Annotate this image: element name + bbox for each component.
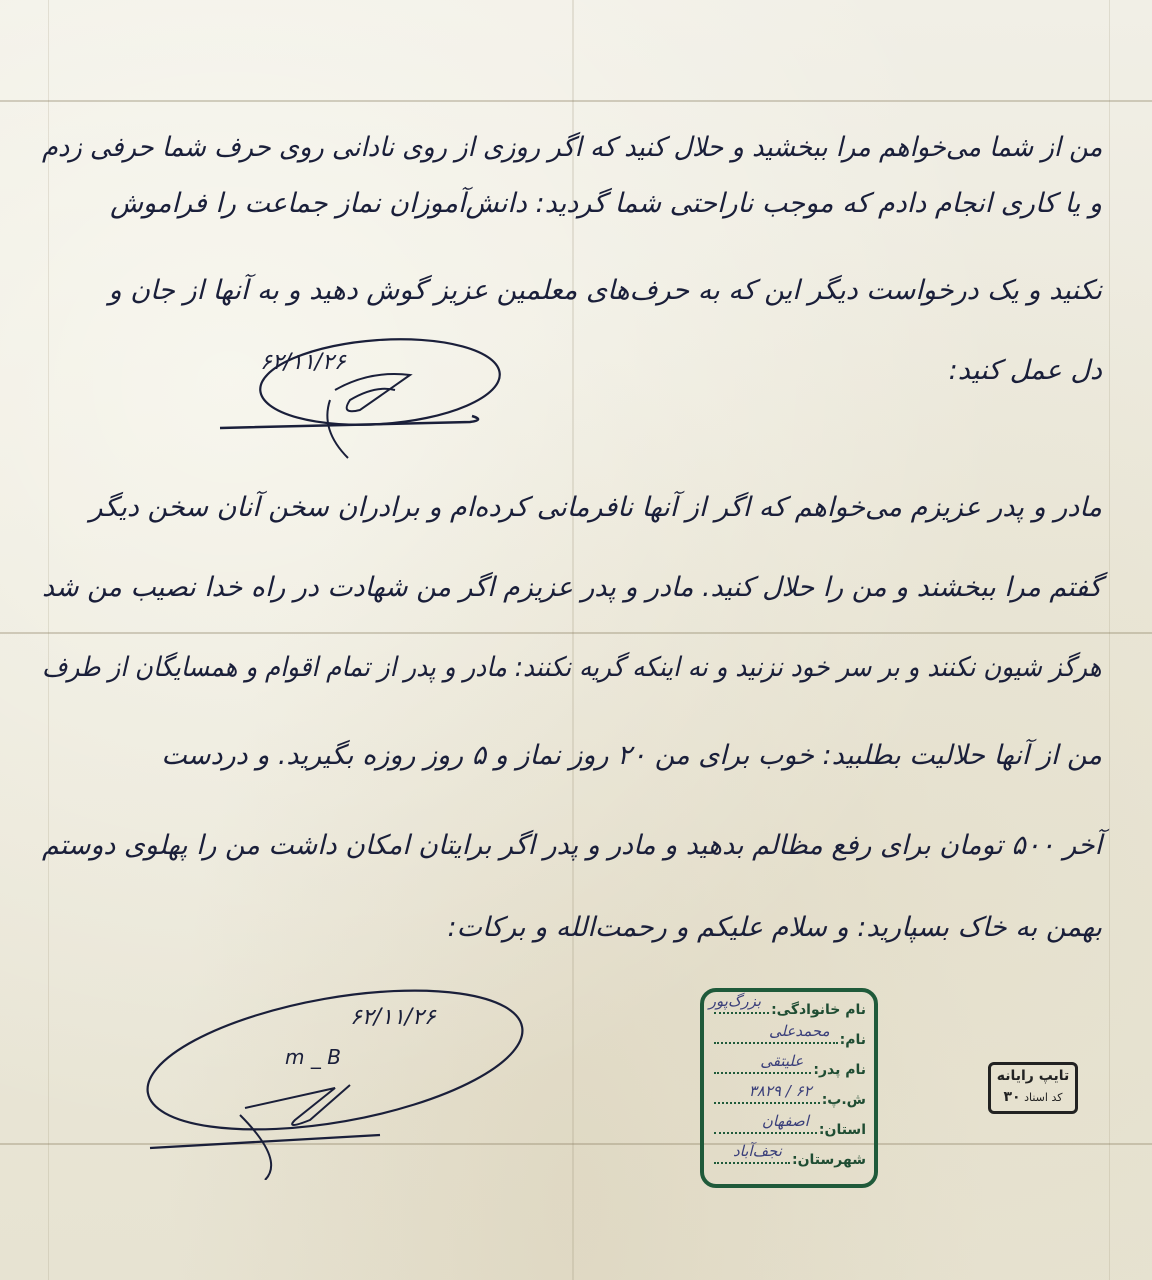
letter-line: آخر ۵۰۰ تومان برای رفع مظالم بدهید و ماد…	[42, 830, 1102, 861]
signature-date: ۶۲/۱۱/۲۶	[260, 350, 346, 375]
letter-line: و یا کاری انجام دادم که موجب ناراحتی شما…	[110, 188, 1102, 219]
signature-date: ۶۲/۱۱/۲۶	[350, 1005, 436, 1030]
letter-line: گفتم مرا ببخشند و من را حلال کنید. مادر …	[42, 572, 1102, 603]
signature-top: ۶۲/۱۱/۲۶	[210, 330, 510, 460]
letter-line: هرگز شیون نکنند و بر سر خود نزنید و نه ا…	[42, 652, 1102, 683]
letter-line: من از شما می‌خواهم مرا ببخشید و حلال کنی…	[42, 132, 1102, 163]
typing-shop-stamp: تایپ رایانه کد اسناد ۳۰	[988, 1062, 1078, 1114]
signature-initials: m _ B	[285, 1045, 341, 1069]
signature-bottom: ۶۲/۱۱/۲۶ m _ B	[135, 980, 535, 1180]
fold-crease	[0, 100, 1152, 102]
letter-line: بهمن به خاک بسپارید: و سلام علیکم و رحمت…	[448, 912, 1102, 943]
letter-line: مادر و پدر عزیزم می‌خواهم که اگر از آنها…	[90, 492, 1102, 523]
margin-line	[48, 0, 49, 1280]
stamp-field-city: شهرستان: نجف‌آباد	[712, 1148, 866, 1178]
letter-line: دل عمل کنید:	[949, 355, 1102, 386]
letter-line: نکنید و یک درخواست دیگر این که به حرف‌ها…	[109, 275, 1102, 306]
margin-line	[1109, 0, 1110, 1280]
id-stamp: نام خانوادگی: بزرگ‌پور نام: محمدعلی نام …	[700, 988, 878, 1188]
letter-line: من از آنها حلالیت بطلبید: خوب برای من ۲۰…	[161, 740, 1102, 771]
stamp-subtitle: کد اسناد ۳۰	[991, 1087, 1075, 1108]
stamp-title: تایپ رایانه	[991, 1065, 1075, 1087]
fold-crease	[0, 632, 1152, 634]
stamp-code: ۳۰	[1004, 1089, 1021, 1105]
